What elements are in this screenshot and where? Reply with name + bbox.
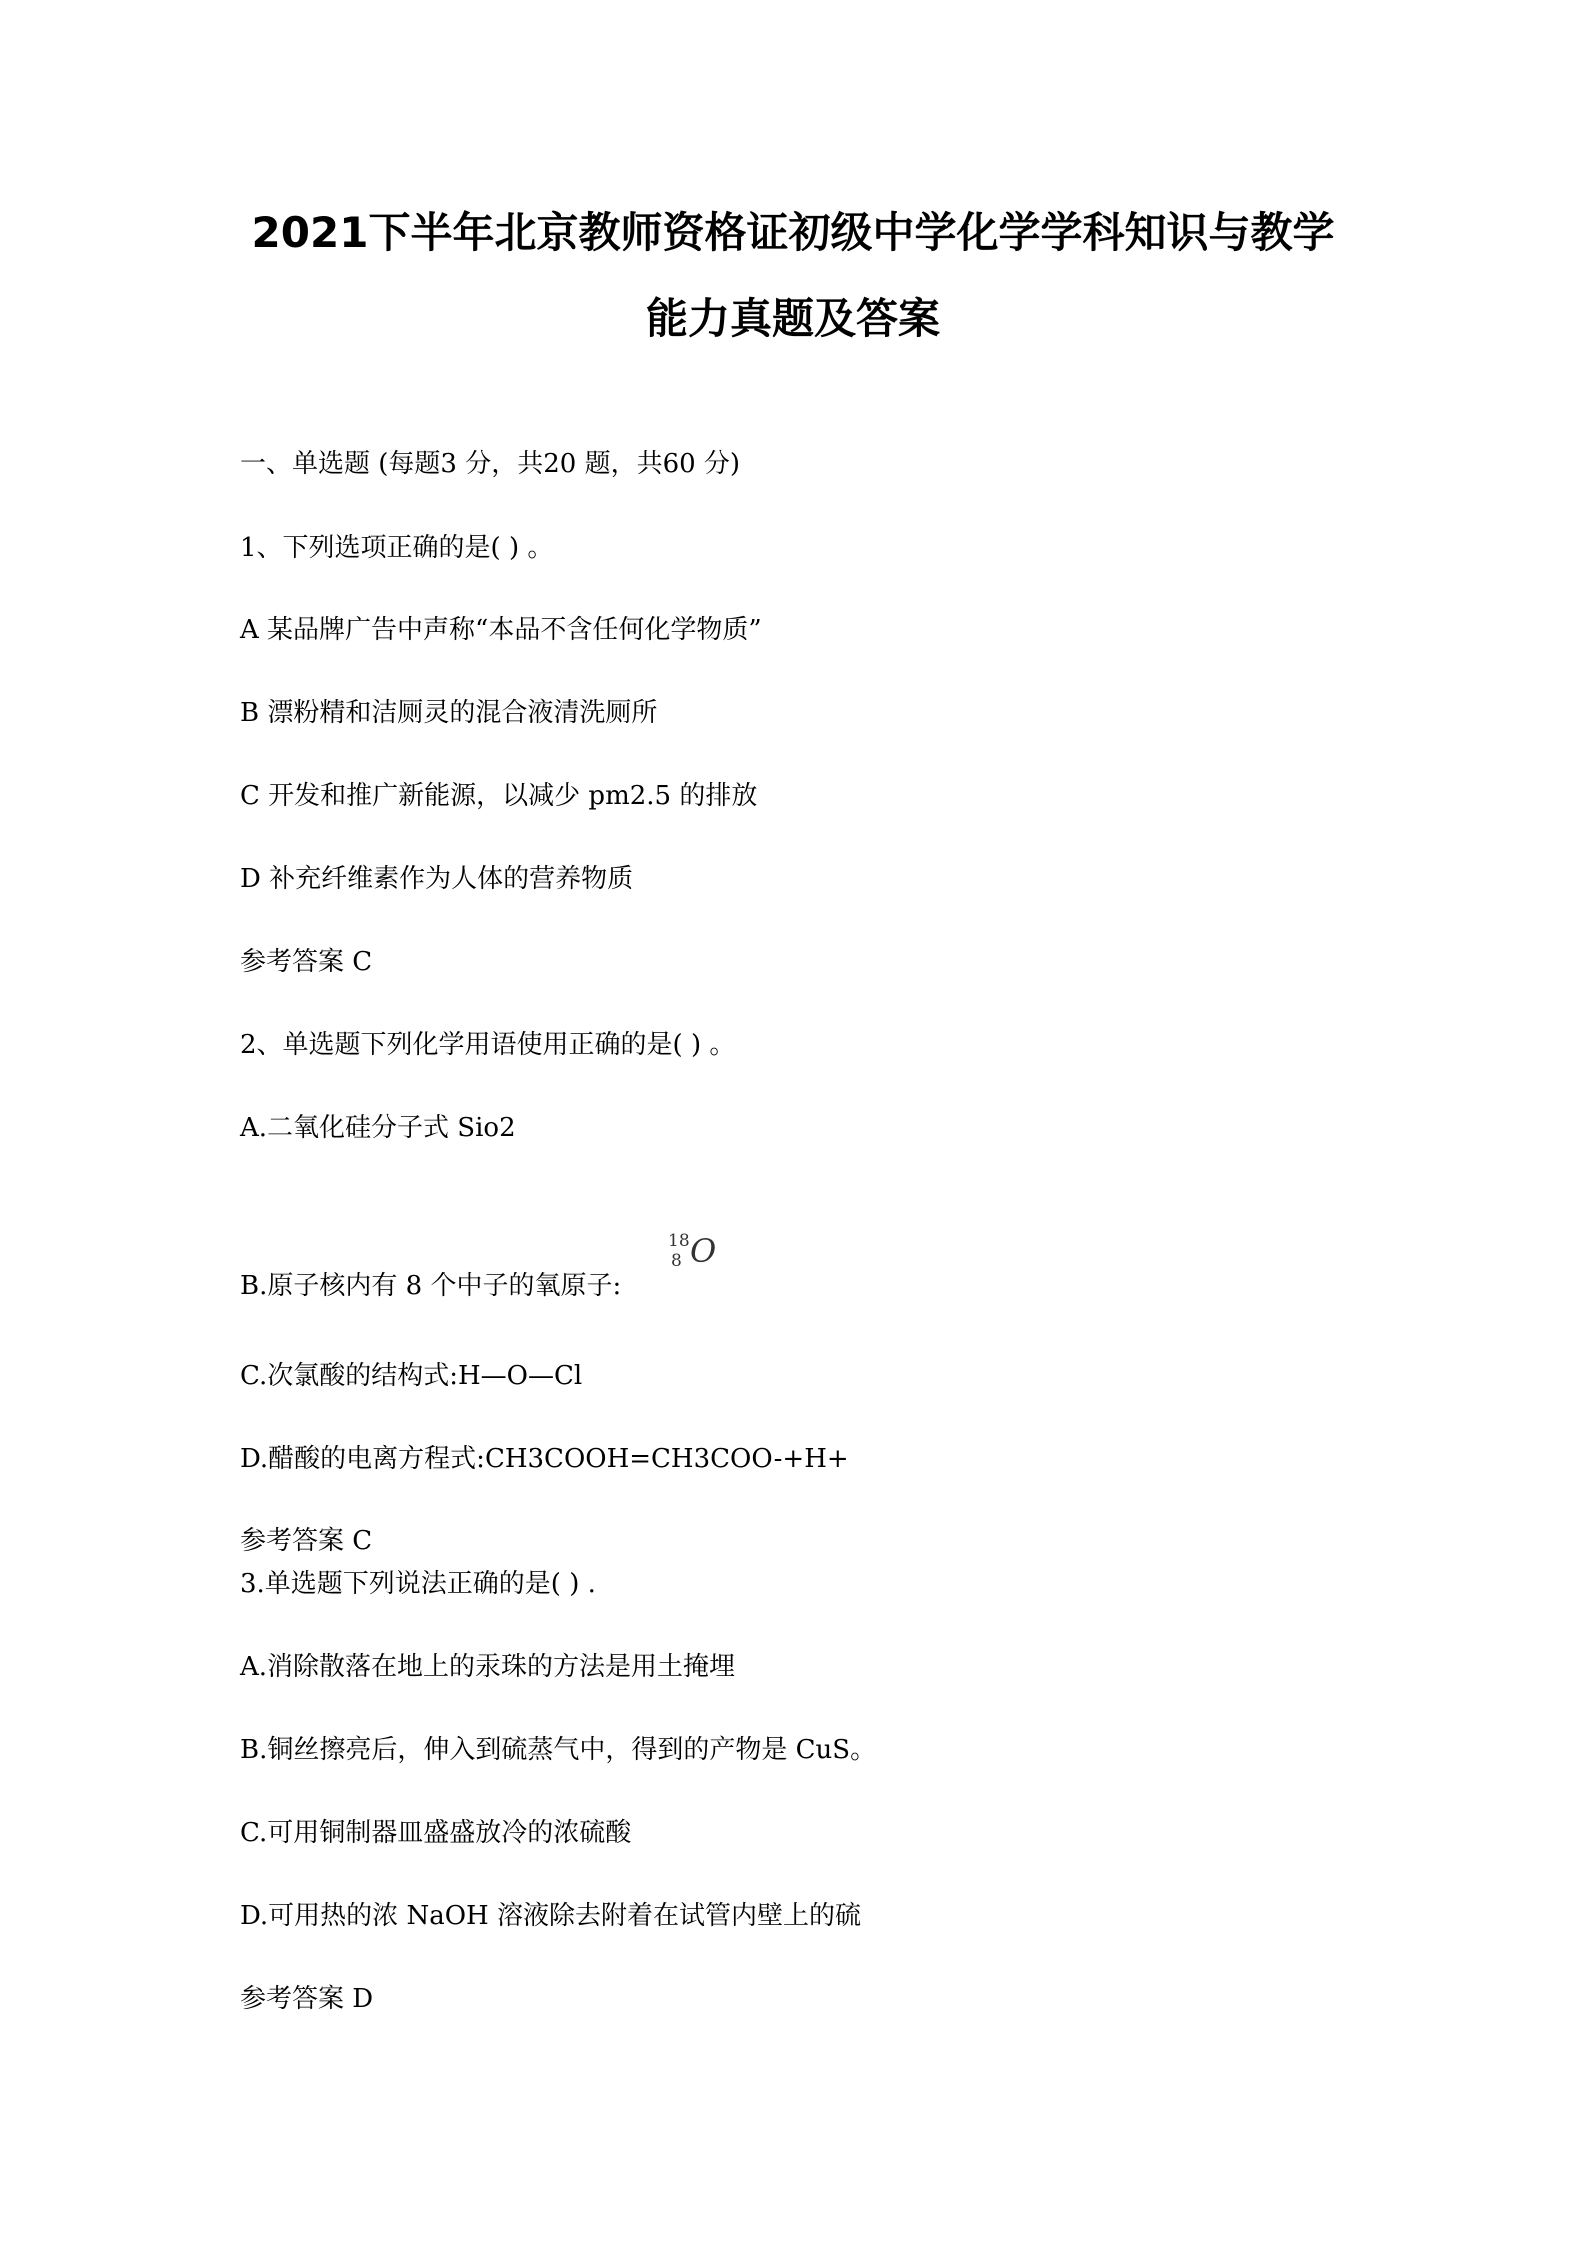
question-3-option-a: A.消除散落在地上的汞珠的方法是用土掩埋 bbox=[240, 1651, 735, 1683]
question-2-option-d: D.醋酸的电离方程式:CH3COOH=CH3COO-+H+ bbox=[240, 1443, 849, 1475]
question-2-option-b: B.原子核内有 8 个中子的氧原子: bbox=[240, 1270, 621, 1302]
question-3-option-d: D.可用热的浓 NaOH 溶液除去附着在试管内壁上的硫 bbox=[240, 1900, 861, 1932]
question-1-option-a: A 某品牌广告中声称“本品不含任何化学物质” bbox=[240, 614, 762, 646]
isotope-mass-number: 18 bbox=[668, 1232, 690, 1250]
question-2-answer: 参考答案 C bbox=[240, 1525, 372, 1557]
question-2-option-c: C.次氯酸的结构式:H—O—Cl bbox=[240, 1360, 582, 1392]
isotope-atomic-number: 8 bbox=[671, 1252, 682, 1270]
question-2-stem: 2、单选题下列化学用语使用正确的是( ) 。 bbox=[240, 1029, 735, 1061]
question-1-option-c: C 开发和推广新能源，以减少 pm2.5 的排放 bbox=[240, 780, 757, 812]
question-3-option-c: C.可用铜制器皿盛盛放冷的浓硫酸 bbox=[240, 1817, 631, 1849]
question-2-option-a: A.二氧化硅分子式 Sio2 bbox=[240, 1112, 516, 1144]
document-title-line-2: 能力真题及答案 bbox=[0, 294, 1586, 344]
section-heading: 一、单选题 (每题3 分，共20 题，共60 分) bbox=[240, 448, 740, 480]
document-title-line-1: 2021下半年北京教师资格证初级中学化学学科知识与教学 bbox=[0, 208, 1586, 258]
question-1-stem: 1、下列选项正确的是( ) 。 bbox=[240, 532, 553, 564]
question-3-stem: 3.单选题下列说法正确的是( ) . bbox=[240, 1568, 596, 1600]
question-1-answer: 参考答案 C bbox=[240, 946, 372, 978]
document-page: 2021下半年北京教师资格证初级中学化学学科知识与教学 能力真题及答案 一、单选… bbox=[0, 0, 1586, 2244]
question-3-option-b: B.铜丝擦亮后，伸入到硫蒸气中，得到的产物是 CuS。 bbox=[240, 1734, 876, 1766]
isotope-element-symbol: O bbox=[690, 1234, 716, 1268]
question-3-answer: 参考答案 D bbox=[240, 1983, 373, 2015]
question-1-option-b: B 漂粉精和洁厕灵的混合液清洗厕所 bbox=[240, 697, 657, 729]
question-1-option-d: D 补充纤维素作为人体的营养物质 bbox=[240, 863, 633, 895]
oxygen-18-isotope-formula: 18 8 O bbox=[668, 1232, 728, 1282]
